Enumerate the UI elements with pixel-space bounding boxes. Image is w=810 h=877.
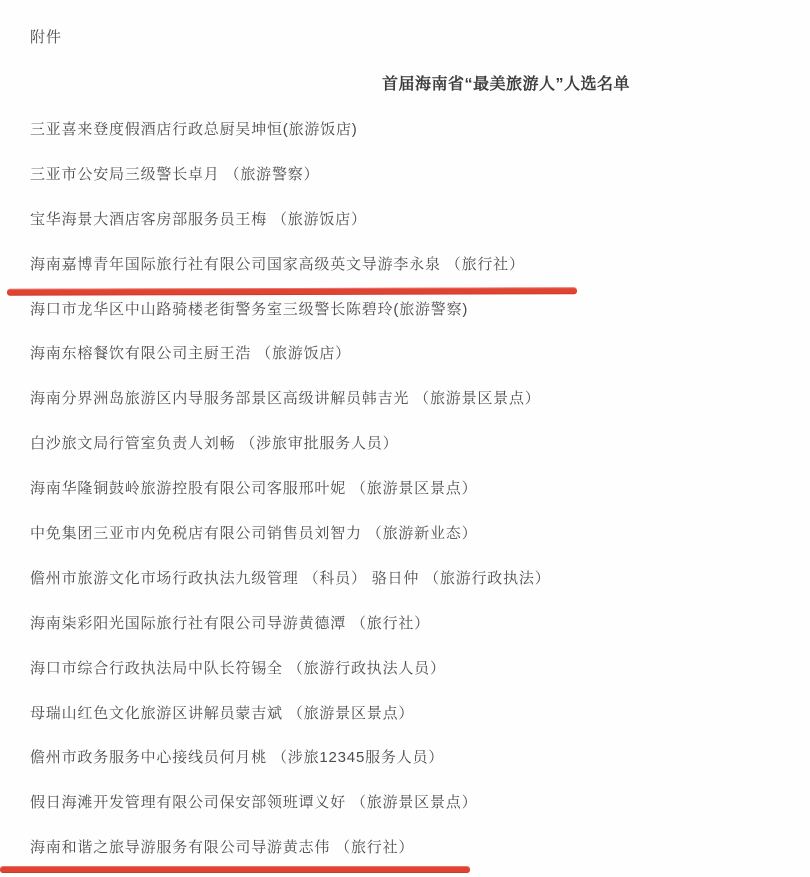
list-item: 母瑞山红色文化旅游区讲解员蒙吉斌 （旅游景区景点） <box>30 702 551 747</box>
list-item-text: 海南嘉博青年国际旅行社有限公司国家高级英文导游李永泉 （旅行社） <box>30 256 525 273</box>
list-item-text: 儋州市政务服务中心接线员何月桃 （涉旅12345服务人员） <box>30 749 444 766</box>
list-item: 海南华隆铜鼓岭旅游控股有限公司客服邢叶妮 （旅游景区景点） <box>30 477 551 522</box>
list-item: 三亚市公安局三级警长卓月 （旅游警察） <box>30 163 551 208</box>
list-item-text: 海南华隆铜鼓岭旅游控股有限公司客服邢叶妮 （旅游景区景点） <box>30 480 477 497</box>
list-item-text: 海南东榕餐饮有限公司主厨王浩 （旅游饭店） <box>30 345 351 362</box>
list-item: 海南东榕餐饮有限公司主厨王浩 （旅游饭店） <box>30 342 551 387</box>
list-item: 宝华海景大酒店客房部服务员王梅 （旅游饭店） <box>30 208 551 253</box>
list-item-text: 儋州市旅游文化市场行政执法九级管理 （科员） 骆日仲 （旅游行政执法） <box>30 570 551 587</box>
red-underline-marker-2 <box>0 866 470 873</box>
list-item: 白沙旅文局行管室负责人刘畅 （涉旅审批服务人员） <box>30 432 551 477</box>
list-item-text: 白沙旅文局行管室负责人刘畅 （涉旅审批服务人员） <box>30 435 398 452</box>
list-item-text: 海口市龙华区中山路骑楼老街警务室三级警长陈碧玲(旅游警察) <box>30 301 468 318</box>
list-item-text: 中免集团三亚市内免税店有限公司销售员刘智力 （旅游新业态） <box>30 525 477 542</box>
list-item: 海南柒彩阳光国际旅行社有限公司导游黄德潭 （旅行社） <box>30 612 551 657</box>
list-item-text: 宝华海景大酒店客房部服务员王梅 （旅游饭店） <box>30 211 367 228</box>
list-item: 三亚喜来登度假酒店行政总厨吴坤恒(旅游饭店) <box>30 118 551 163</box>
list-item-text: 海口市综合行政执法局中队长符锡全 （旅游行政执法人员） <box>30 660 446 677</box>
list-item: 中免集团三亚市内免税店有限公司销售员刘智力 （旅游新业态） <box>30 522 551 567</box>
list-item: 海口市龙华区中山路骑楼老街警务室三级警长陈碧玲(旅游警察) <box>30 298 551 343</box>
list-item: 儋州市政务服务中心接线员何月桃 （涉旅12345服务人员） <box>30 746 551 791</box>
list-item-text: 海南柒彩阳光国际旅行社有限公司导游黄德潭 （旅行社） <box>30 615 430 632</box>
list-item-text: 母瑞山红色文化旅游区讲解员蒙吉斌 （旅游景区景点） <box>30 705 414 722</box>
candidate-list: 三亚喜来登度假酒店行政总厨吴坤恒(旅游饭店) 三亚市公安局三级警长卓月 （旅游警… <box>30 118 551 877</box>
list-item-text: 海南分界洲岛旅游区内导服务部景区高级讲解员韩吉光 （旅游景区景点） <box>30 390 541 407</box>
list-item: 儋州市旅游文化市场行政执法九级管理 （科员） 骆日仲 （旅游行政执法） <box>30 567 551 612</box>
list-item-text: 三亚喜来登度假酒店行政总厨吴坤恒(旅游饭店) <box>30 121 358 138</box>
list-item: 假日海滩开发管理有限公司保安部领班谭义好 （旅游景区景点） <box>30 791 551 836</box>
list-item-text: 海南和谐之旅导游服务有限公司导游黄志伟 （旅行社） <box>30 839 414 856</box>
attachment-label: 附件 <box>30 26 62 47</box>
page-title: 首届海南省“最美旅游人”人选名单 <box>382 71 630 94</box>
list-item-text: 三亚市公安局三级警长卓月 （旅游警察） <box>30 166 319 183</box>
list-item: 海南分界洲岛旅游区内导服务部景区高级讲解员韩吉光 （旅游景区景点） <box>30 387 551 432</box>
list-item-text: 假日海滩开发管理有限公司保安部领班谭义好 （旅游景区景点） <box>30 794 477 811</box>
red-underline-marker-1 <box>7 287 577 295</box>
list-item: 海口市综合行政执法局中队长符锡全 （旅游行政执法人员） <box>30 657 551 702</box>
